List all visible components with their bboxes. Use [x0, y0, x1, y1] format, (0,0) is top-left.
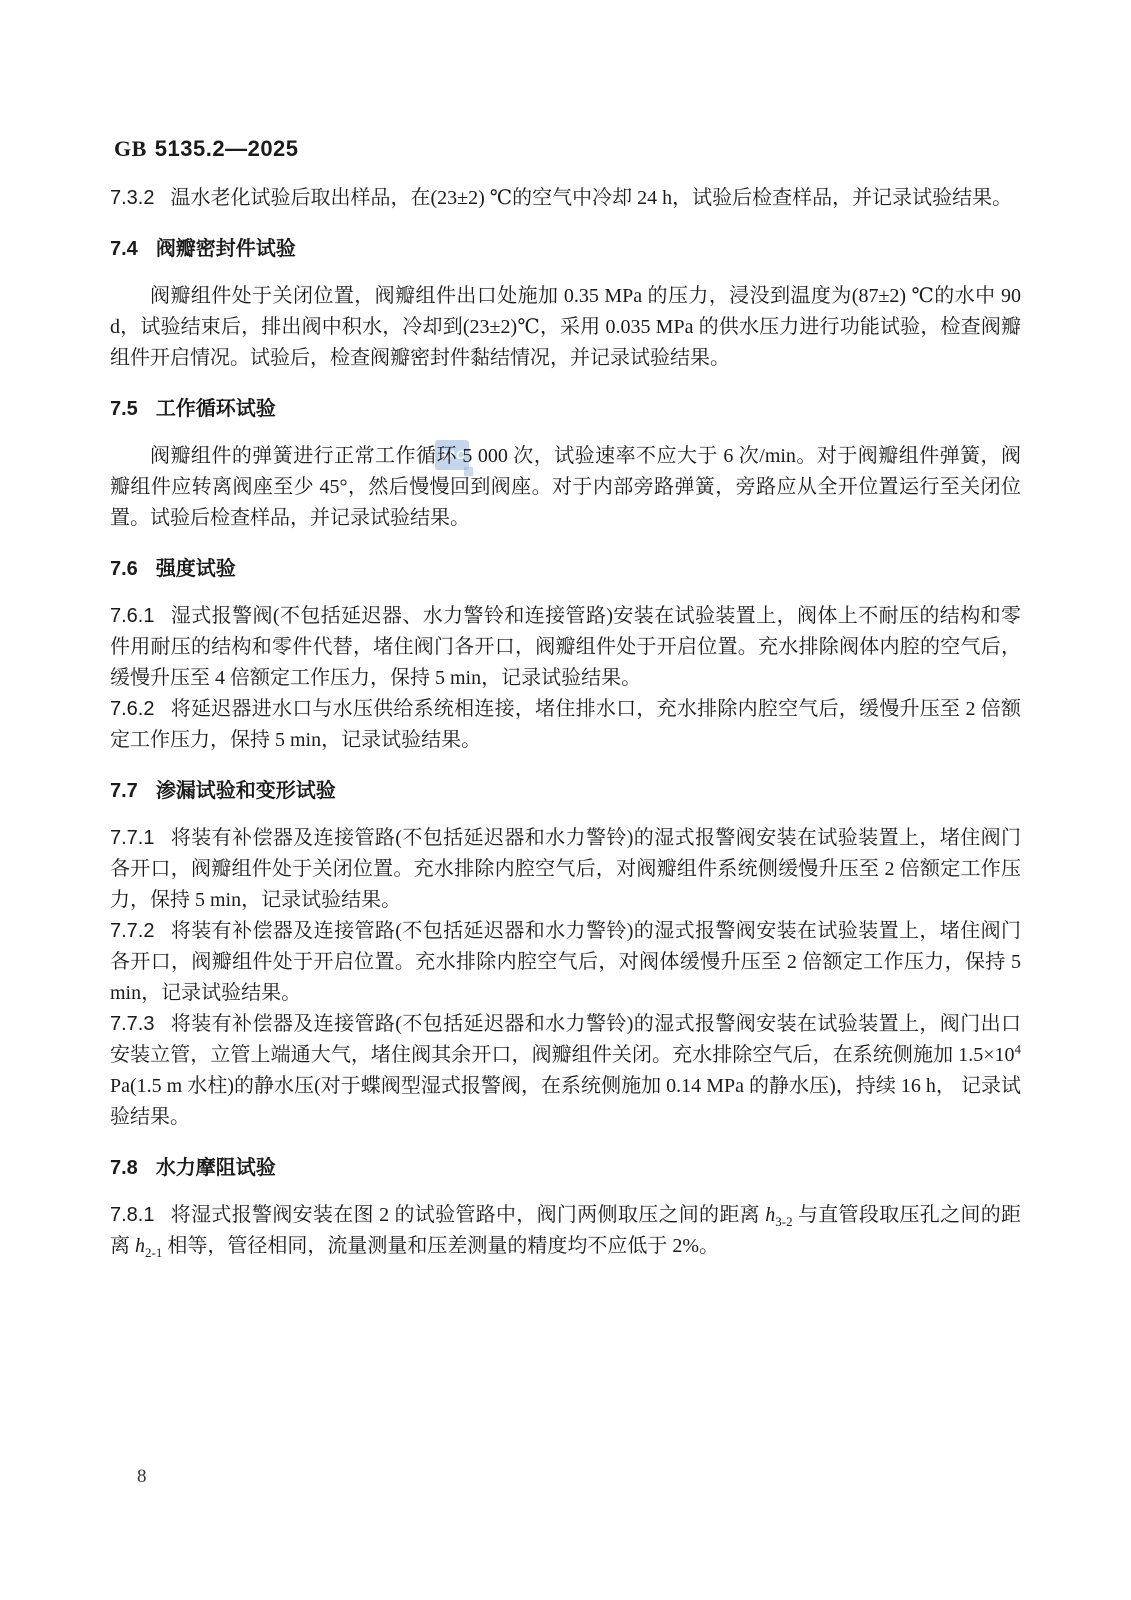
- clause-number: 7.7.2: [110, 920, 154, 942]
- clause-7-3-2: 7.3.2温水老化试验后取出样品，在(23±2) ℃的空气中冷却 24 h，试验…: [110, 183, 1021, 214]
- heading-number: 7.5: [110, 398, 138, 420]
- variable-subscript: 2-1: [145, 1245, 162, 1260]
- variable-h: h: [765, 1204, 775, 1226]
- clause-number: 7.6.2: [110, 698, 154, 720]
- heading-7-6: 7.6强度试验: [110, 554, 1021, 585]
- clause-number: 7.7.1: [110, 827, 154, 849]
- heading-title: 渗漏试验和变形试验: [156, 780, 336, 802]
- paragraph-text: 阀瓣组件的弹簧进行正常工作循环 5 000 次，试验速率不应大于 6 次/min…: [110, 445, 1021, 529]
- paragraph-7-4: 阀瓣组件处于关闭位置，阀瓣组件出口处施加 0.35 MPa 的压力，浸没到温度为…: [110, 281, 1021, 374]
- clause-7-6-1: 7.6.1湿式报警阀(不包括延迟器、水力警铃和连接管路)安装在试验装置上，阀体上…: [110, 601, 1021, 694]
- clause-7-7-2: 7.7.2将装有补偿器及连接管路(不包括延迟器和水力警铃)的湿式报警阀安装在试验…: [110, 916, 1021, 1009]
- heading-number: 7.6: [110, 558, 138, 580]
- variable-h: h: [135, 1235, 145, 1257]
- standard-number-header: GB5135.2—2025: [114, 136, 299, 162]
- paragraph-text: 阀瓣组件处于关闭位置，阀瓣组件出口处施加 0.35 MPa 的压力，浸没到温度为…: [110, 285, 1021, 369]
- document-page: { "header": { "gb": "GB", "stdno": "5135…: [0, 0, 1131, 1600]
- heading-7-8: 7.8水力摩阻试验: [110, 1153, 1021, 1184]
- clause-text: 将延迟器进水口与水压供给系统相连接，堵住排水口，充水排除内腔空气后，缓慢升压至 …: [110, 698, 1021, 751]
- clause-text: 相等，管径相同，流量测量和压差测量的精度均不应低于 2%。: [162, 1235, 719, 1257]
- standard-code: 5135.2—2025: [155, 136, 299, 161]
- heading-number: 7.7: [110, 780, 138, 802]
- clause-number: 7.8.1: [110, 1204, 154, 1226]
- heading-title: 工作循环试验: [156, 398, 276, 420]
- power-exponent: 4: [1015, 1041, 1022, 1056]
- clause-7-8-1: 7.8.1将湿式报警阀安装在图 2 的试验管路中，阀门两侧取压之间的距离 h3-…: [110, 1200, 1021, 1262]
- heading-title: 强度试验: [156, 558, 236, 580]
- clause-text: 将装有补偿器及连接管路(不包括延迟器和水力警铃)的湿式报警阀安装在试验装置上，堵…: [110, 827, 1021, 911]
- clause-number: 7.3.2: [110, 187, 154, 209]
- page-number: 8: [137, 1466, 147, 1488]
- clause-text: Pa(1.5 m 水柱)的静水压(对于蝶阀型湿式报警阀，在系统侧施加 0.14 …: [110, 1075, 1021, 1128]
- variable-subscript: 3-2: [775, 1214, 792, 1229]
- clause-7-6-2: 7.6.2将延迟器进水口与水压供给系统相连接，堵住排水口，充水排除内腔空气后，缓…: [110, 694, 1021, 756]
- clause-number: 7.6.1: [110, 605, 154, 627]
- heading-title: 阀瓣密封件试验: [156, 238, 296, 260]
- clause-text: 将湿式报警阀安装在图 2 的试验管路中，阀门两侧取压之间的距离: [170, 1204, 765, 1226]
- heading-7-4: 7.4阀瓣密封件试验: [110, 234, 1021, 265]
- heading-7-7: 7.7渗漏试验和变形试验: [110, 776, 1021, 807]
- heading-number: 7.8: [110, 1157, 138, 1179]
- clause-text: 温水老化试验后取出样品，在(23±2) ℃的空气中冷却 24 h，试验后检查样品…: [170, 187, 1012, 209]
- clause-text: 湿式报警阀(不包括延迟器、水力警铃和连接管路)安装在试验装置上，阀体上不耐压的结…: [110, 605, 1021, 689]
- paragraph-7-5: 阀瓣组件的弹簧进行正常工作循环 5 000 次，试验速率不应大于 6 次/min…: [110, 441, 1021, 534]
- heading-title: 水力摩阻试验: [156, 1157, 276, 1179]
- clause-text: 将装有补偿器及连接管路(不包括延迟器和水力警铃)的湿式报警阀安装在试验装置上，堵…: [110, 920, 1021, 1004]
- heading-7-5: 7.5工作循环试验: [110, 394, 1021, 425]
- clause-number: 7.7.3: [110, 1013, 154, 1035]
- heading-number: 7.4: [110, 238, 138, 260]
- power-base: 10: [995, 1044, 1015, 1066]
- standard-prefix: GB: [114, 136, 147, 161]
- clause-7-7-1: 7.7.1将装有补偿器及连接管路(不包括延迟器和水力警铃)的湿式报警阀安装在试验…: [110, 823, 1021, 916]
- clause-7-7-3: 7.7.3将装有补偿器及连接管路(不包括延迟器和水力警铃)的湿式报警阀安装在试验…: [110, 1009, 1021, 1133]
- document-body: 7.3.2温水老化试验后取出样品，在(23±2) ℃的空气中冷却 24 h，试验…: [110, 183, 1021, 1262]
- clause-text: 将装有补偿器及连接管路(不包括延迟器和水力警铃)的湿式报警阀安装在试验装置上，阀…: [110, 1013, 1021, 1066]
